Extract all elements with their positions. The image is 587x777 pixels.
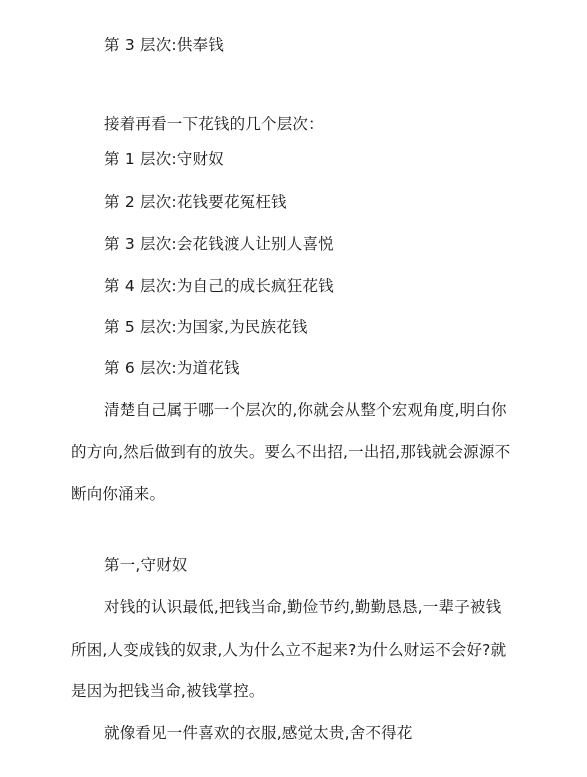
level-2-item: 第 2 层次:花钱要花冤枉钱	[104, 192, 287, 212]
level-4-item: 第 4 层次:为自己的成长疯狂花钱	[104, 276, 334, 296]
paragraph-line: 对钱的认识最低,把钱当命,勤俭节约,勤勤恳恳,一辈子被钱	[104, 597, 501, 617]
spending-level-3-offering: 第 3 层次:供奉钱	[104, 35, 224, 55]
paragraph-line: 所困,人变成钱的奴隶,人为什么立不起来?为什么财运不会好?就	[71, 640, 506, 660]
level-6-item: 第 6 层次:为道花钱	[104, 358, 240, 378]
level-3-item: 第 3 层次:会花钱渡人让别人喜悦	[104, 234, 334, 254]
level-5-item: 第 5 层次:为国家,为民族花钱	[104, 317, 308, 337]
paragraph-line: 断向你涌来。	[71, 484, 165, 504]
section-intro-spending-levels: 接着再看一下花钱的几个层次：	[104, 114, 324, 134]
paragraph-line: 清楚自己属于哪一个层次的,你就会从整个宏观角度,明白你	[104, 400, 507, 420]
paragraph-line: 就像看见一件喜欢的衣服,感觉太贵,舍不得花	[104, 723, 413, 743]
paragraph-line: 的方向,然后做到有的放失。要么不出招,一出招,那钱就会源源不	[71, 442, 510, 462]
section-heading: 第一,守财奴	[104, 555, 188, 575]
paragraph-line: 是因为把钱当命,被钱掌控。	[71, 681, 265, 701]
document-page: 第 3 层次:供奉钱 接着再看一下花钱的几个层次： 第 1 层次:守财奴 第 2…	[0, 0, 587, 777]
level-1-item: 第 1 层次:守财奴	[104, 149, 224, 169]
